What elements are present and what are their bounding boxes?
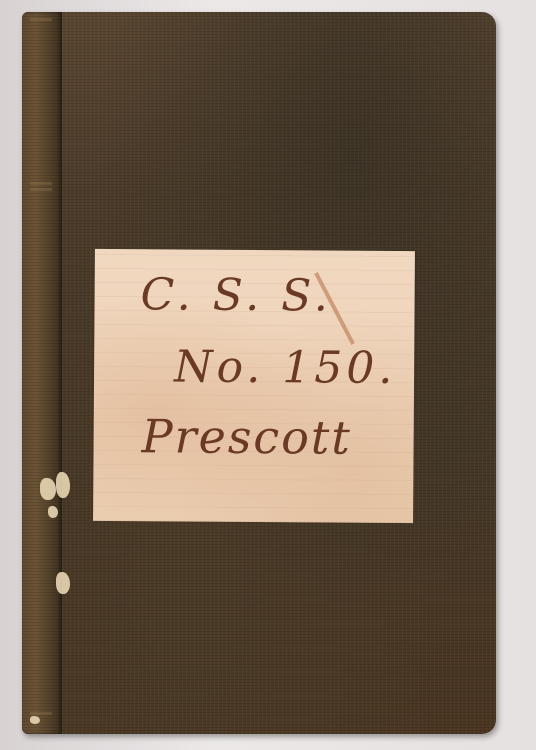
spine-ridge bbox=[30, 188, 52, 191]
book-spine bbox=[22, 12, 62, 734]
book-cover: C. S. S. No. 150. Prescott bbox=[22, 12, 496, 734]
cover-wear-spot bbox=[30, 716, 40, 724]
cover-wear-spot bbox=[40, 478, 56, 500]
cover-wear-spot bbox=[48, 506, 58, 518]
spine-ridge bbox=[30, 182, 52, 185]
label-line-number: No. 150. bbox=[174, 341, 397, 394]
cover-wear-spot bbox=[56, 472, 70, 498]
spine-ridge bbox=[30, 712, 52, 715]
label-line-name: Prescott bbox=[141, 409, 352, 464]
photo-scene: C. S. S. No. 150. Prescott bbox=[0, 0, 536, 750]
spine-ridge bbox=[30, 18, 52, 21]
paper-label: C. S. S. No. 150. Prescott bbox=[93, 249, 415, 523]
cover-wear-spot bbox=[56, 572, 70, 594]
label-line-initials: C. S. S. bbox=[140, 269, 332, 321]
